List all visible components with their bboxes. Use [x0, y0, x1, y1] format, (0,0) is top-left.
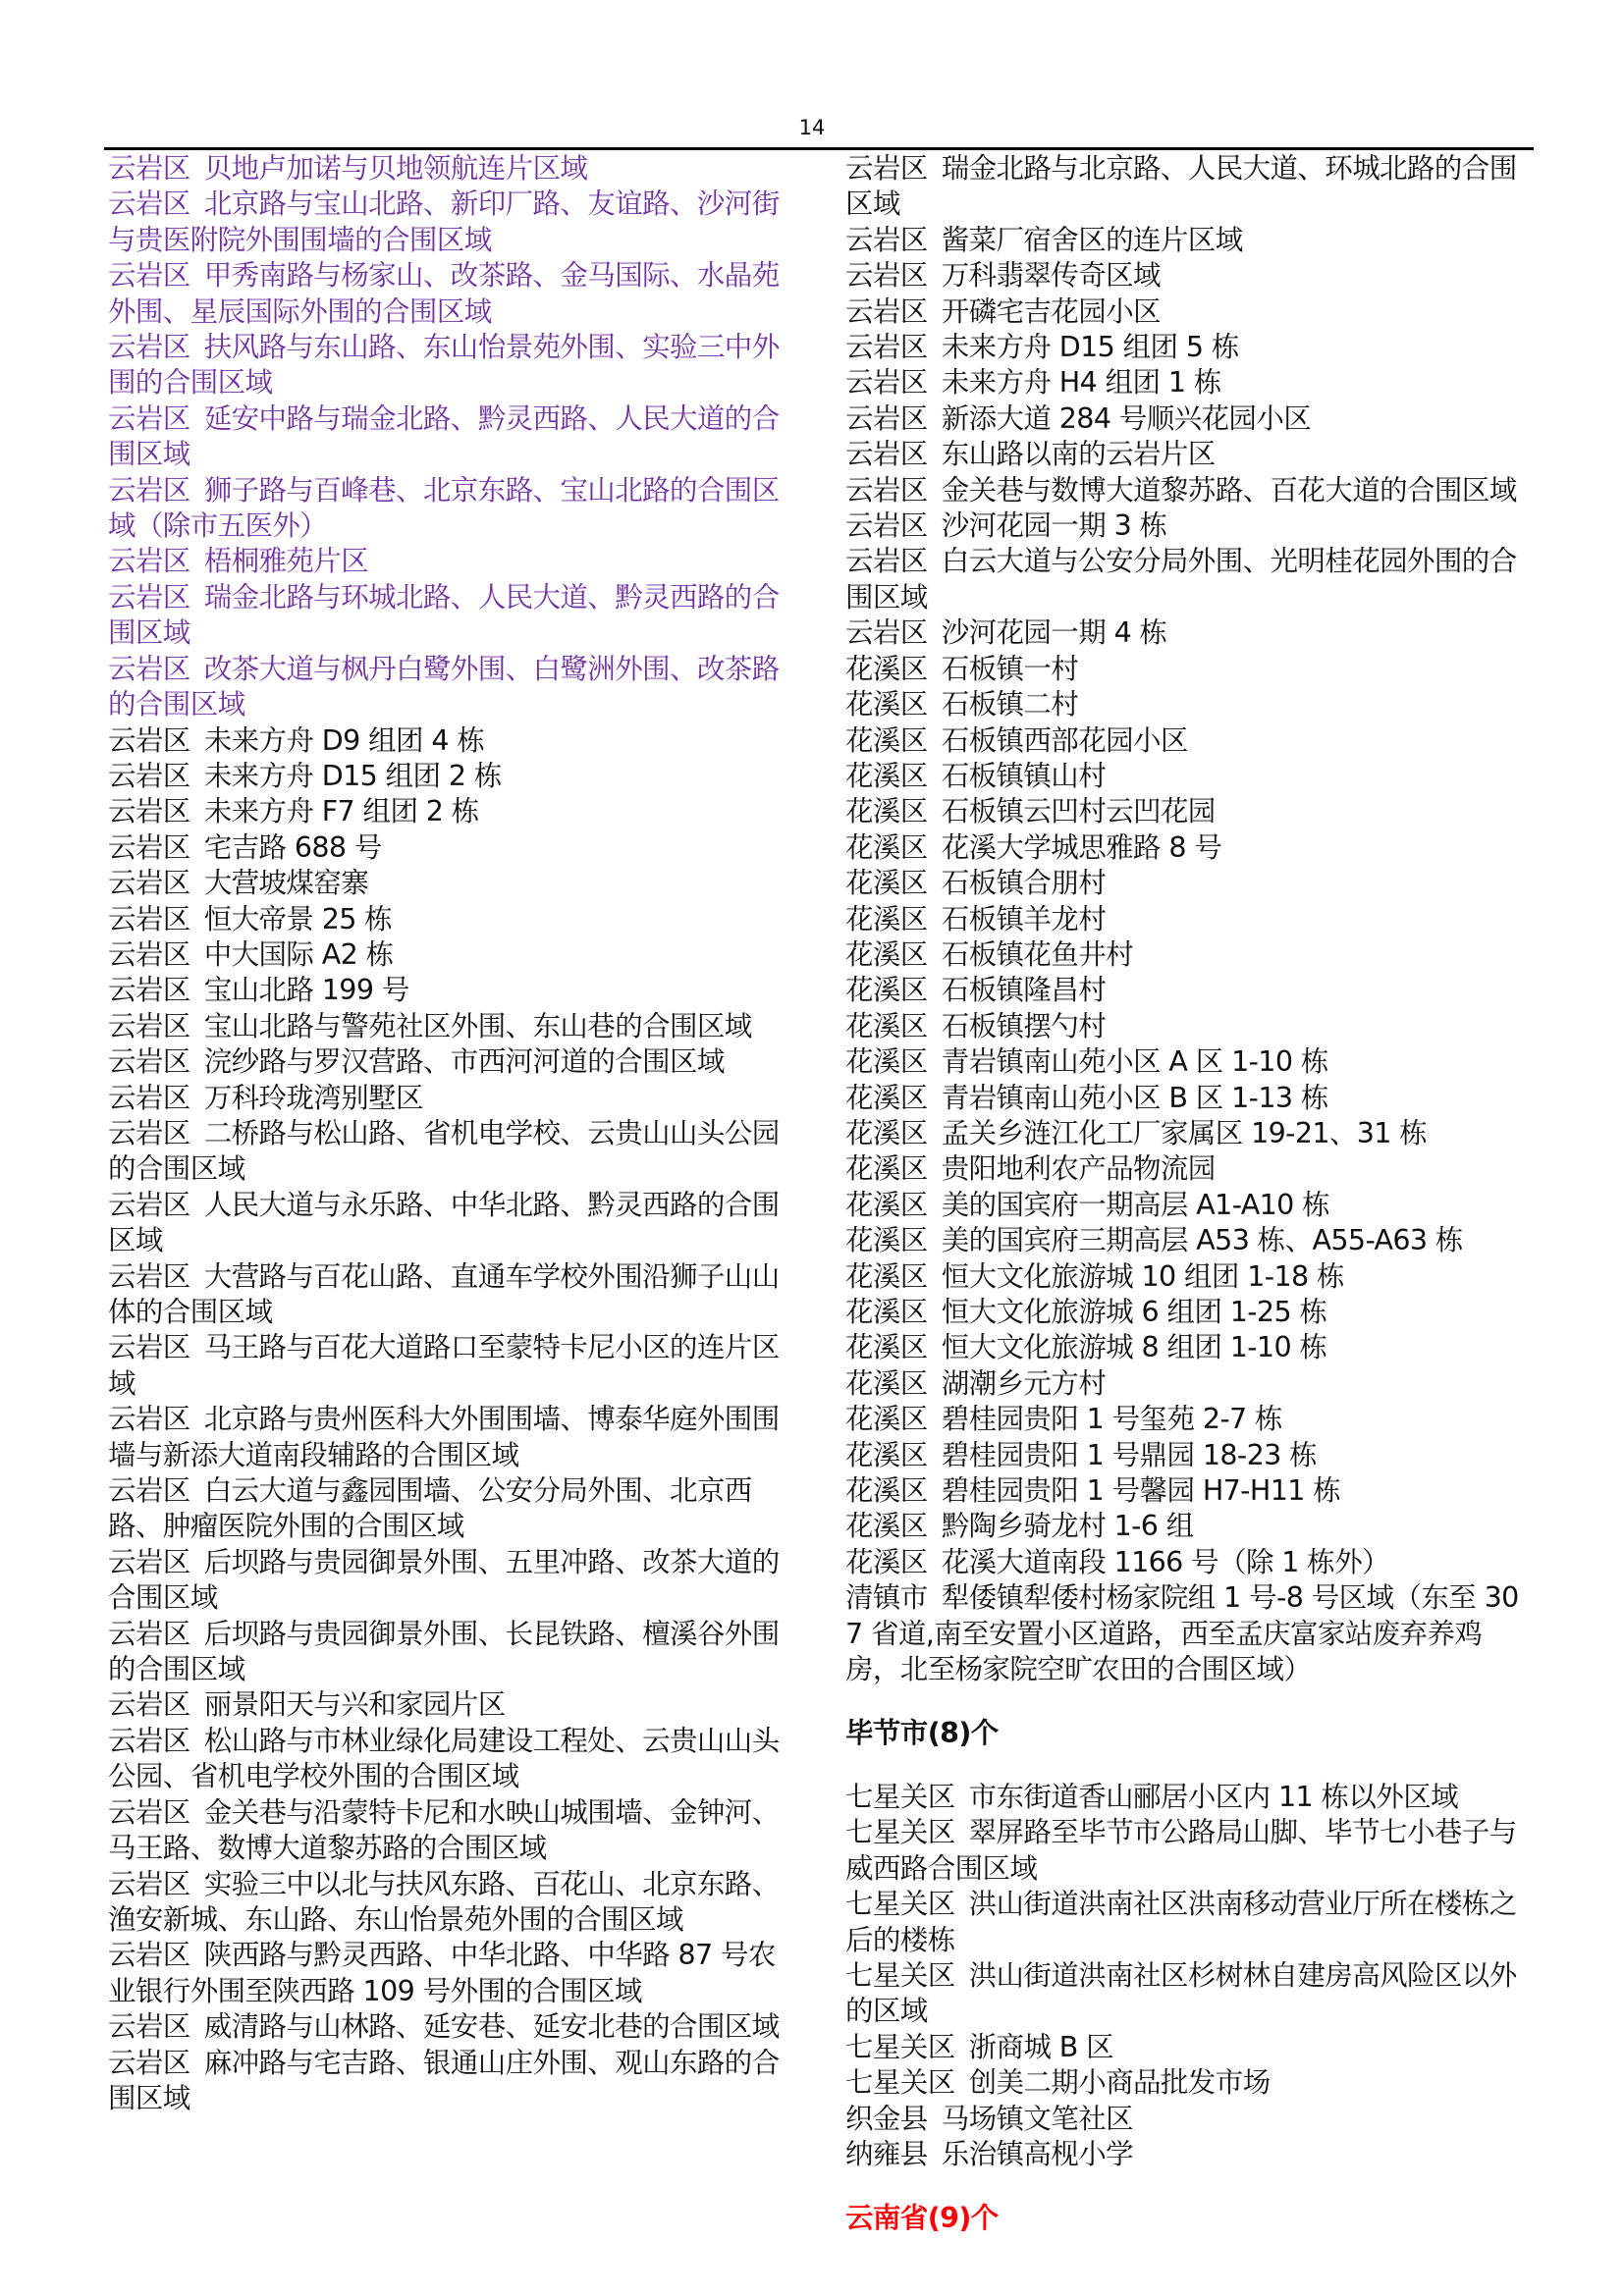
area-description: 石板镇一村 [942, 653, 1079, 685]
district-name: 云岩区 [108, 2010, 190, 2043]
list-item: 花溪区青岩镇南山苑小区 A 区 1-10 栋 [845, 1044, 1533, 1080]
area-description: 酱菜厂宿舍区的连片区域 [942, 224, 1243, 256]
area-description: 万科玲珑湾别墅区 [204, 1082, 423, 1114]
district-name: 花溪区 [845, 1367, 928, 1400]
district-name: 云岩区 [845, 402, 928, 435]
district-name: 云岩区 [108, 760, 190, 792]
district-name: 云岩区 [108, 402, 190, 435]
area-description: 狮子路与百峰巷、北京东路、宝山北路的合围区域（除市五医外） [108, 474, 780, 542]
area-description: 美的国宾府三期高层 A53 栋、A55-A63 栋 [942, 1224, 1463, 1256]
district-name: 云岩区 [108, 474, 190, 507]
area-description: 浣纱路与罗汉营路、市西河河道的合围区域 [204, 1045, 725, 1078]
area-description: 青岩镇南山苑小区 A 区 1-10 栋 [942, 1045, 1328, 1078]
list-item: 花溪区碧桂园贵阳 1 号鼎园 18-23 栋 [845, 1438, 1533, 1473]
district-name: 花溪区 [845, 1510, 928, 1542]
area-description: 美的国宾府一期高层 A1-A10 栋 [942, 1189, 1329, 1221]
area-description: 中大国际 A2 栋 [204, 938, 394, 971]
area-description: 金关巷与沿蒙特卡尼和水映山城围墙、金钟河、马王路、数博大道黎苏路的合围区域 [108, 1796, 780, 1864]
list-item: 云岩区陕西路与黔灵西路、中华北路、中华路 87 号农业银行外围至陕西路 109 … [108, 1938, 795, 2009]
list-item: 云岩区中大国际 A2 栋 [108, 937, 795, 973]
district-name: 云岩区 [845, 259, 928, 292]
section-heading-province: 云南省(9)个 [845, 2201, 1533, 2236]
area-description: 改茶大道与枫丹白鹭外围、白鹭洲外围、改茶路的合围区域 [108, 653, 780, 721]
list-item: 云岩区延安中路与瑞金北路、黔灵西路、人民大道的合围区域 [108, 401, 795, 473]
list-item: 云岩区金关巷与沿蒙特卡尼和水映山城围墙、金钟河、马王路、数博大道黎苏路的合围区域 [108, 1795, 795, 1867]
district-name: 云岩区 [108, 1117, 190, 1149]
district-name: 云岩区 [108, 259, 190, 292]
district-name: 云岩区 [108, 1688, 190, 1721]
district-name: 云岩区 [108, 581, 190, 614]
district-name: 云岩区 [845, 331, 928, 363]
area-description: 碧桂园贵阳 1 号鼎园 18-23 栋 [942, 1439, 1317, 1471]
area-description: 沙河花园一期 4 栋 [942, 616, 1167, 649]
district-name: 云岩区 [108, 795, 190, 828]
area-description: 北京路与宝山北路、新印厂路、友谊路、沙河街与贵医附院外围围墙的合围区域 [108, 187, 780, 255]
list-item: 云岩区后坝路与贵园御景外围、五里冲路、改茶大道的合围区域 [108, 1545, 795, 1617]
list-item: 花溪区碧桂园贵阳 1 号玺苑 2-7 栋 [845, 1402, 1533, 1437]
area-description: 碧桂园贵阳 1 号玺苑 2-7 栋 [942, 1403, 1282, 1435]
area-description: 宝山北路 199 号 [204, 974, 409, 1006]
district-name: 七星关区 [845, 1959, 955, 1992]
district-name: 七星关区 [845, 1781, 955, 1813]
list-item: 云岩区改茶大道与枫丹白鹭外围、白鹭洲外围、改茶路的合围区域 [108, 652, 795, 723]
list-item: 云岩区瑞金北路与北京路、人民大道、环城北路的合围区域 [845, 151, 1533, 223]
district-name: 云岩区 [108, 974, 190, 1006]
list-item: 纳雍县乐治镇高枧小学 [845, 2137, 1533, 2172]
list-item: 云岩区未来方舟 D9 组团 4 栋 [108, 723, 795, 759]
list-item: 七星关区市东街道香山郦居小区内 11 栋以外区域 [845, 1780, 1533, 1815]
list-item: 七星关区创美二期小商品批发市场 [845, 2065, 1533, 2101]
area-description: 花溪大道南段 1166 号（除 1 栋外） [942, 1546, 1389, 1578]
area-description: 未来方舟 H4 组团 1 栋 [942, 366, 1221, 399]
area-description: 石板镇合朋村 [942, 867, 1106, 899]
list-item: 花溪区石板镇合朋村 [845, 866, 1533, 901]
district-name: 花溪区 [845, 1260, 928, 1293]
area-description: 东山路以南的云岩片区 [942, 438, 1216, 470]
area-description: 青岩镇南山苑小区 B 区 1-13 栋 [942, 1082, 1328, 1114]
list-item: 云岩区大营坡煤窑寨 [108, 866, 795, 901]
list-item: 花溪区花溪大学城思雅路 8 号 [845, 830, 1533, 866]
area-description: 扶风路与东山路、东山怡景苑外围、实验三中外围的合围区域 [108, 331, 780, 399]
area-description: 实验三中以北与扶风东路、百花山、北京东路、渔安新城、东山路、东山怡景苑外围的合围… [108, 1868, 780, 1936]
district-name: 花溪区 [845, 1331, 928, 1363]
list-item: 七星关区洪山街道洪南社区杉树林自建房高风险区以外的区域 [845, 1958, 1533, 2030]
district-name: 花溪区 [845, 1082, 928, 1114]
list-item: 云岩区二桥路与松山路、省机电学校、云贵山山头公园的合围区域 [108, 1116, 795, 1188]
list-item: 花溪区青岩镇南山苑小区 B 区 1-13 栋 [845, 1081, 1533, 1116]
area-description: 开磷宅吉花园小区 [942, 295, 1161, 328]
district-name: 七星关区 [845, 1816, 955, 1848]
district-name: 云岩区 [108, 331, 190, 363]
district-name: 花溪区 [845, 795, 928, 828]
district-name: 七星关区 [845, 2031, 955, 2063]
district-name: 七星关区 [845, 2066, 955, 2099]
list-item: 云岩区威清路与山林路、延安巷、延安北巷的合围区域 [108, 2009, 795, 2045]
area-description: 恒大文化旅游城 10 组团 1-18 栋 [942, 1260, 1344, 1293]
district-name: 云岩区 [845, 545, 928, 577]
list-item: 云岩区浣纱路与罗汉营路、市西河河道的合围区域 [108, 1044, 795, 1080]
list-item: 七星关区洪山街道洪南社区洪南移动营业厅所在楼栋之后的楼栋 [845, 1887, 1533, 1958]
list-item: 清镇市犁倭镇犁倭村杨家院组 1 号-8 号区域（东至 307 省道,南至安置小区… [845, 1580, 1533, 1687]
list-item: 云岩区大营路与百花山路、直通车学校外围沿狮子山山体的合围区域 [108, 1259, 795, 1331]
list-item: 云岩区白云大道与鑫园围墙、公安分局外围、北京西路、肿瘤医院外围的合围区域 [108, 1473, 795, 1545]
district-name: 云岩区 [845, 295, 928, 328]
area-description: 乐治镇高枧小学 [942, 2138, 1133, 2170]
district-name: 云岩区 [845, 616, 928, 649]
list-item: 云岩区麻冲路与宅吉路、银通山庄外围、观山东路的合围区域 [108, 2046, 795, 2117]
district-name: 云岩区 [108, 1010, 190, 1042]
list-item: 云岩区沙河花园一期 3 栋 [845, 508, 1533, 544]
list-item: 花溪区石板镇西部花园小区 [845, 723, 1533, 759]
district-name: 织金县 [845, 2103, 928, 2135]
area-description: 石板镇西部花园小区 [942, 724, 1188, 757]
area-description: 石板镇镇山村 [942, 760, 1106, 792]
list-item: 云岩区未来方舟 D15 组团 5 栋 [845, 330, 1533, 365]
district-name: 花溪区 [845, 903, 928, 935]
header-rule [104, 147, 1534, 150]
district-name: 花溪区 [845, 938, 928, 971]
list-item: 云岩区白云大道与公安分局外围、光明桂花园外围的合围区域 [845, 544, 1533, 615]
district-name: 云岩区 [108, 653, 190, 685]
district-name: 云岩区 [108, 938, 190, 971]
list-item: 花溪区石板镇羊龙村 [845, 902, 1533, 937]
area-description: 花溪大学城思雅路 8 号 [942, 831, 1222, 864]
district-name: 花溪区 [845, 974, 928, 1006]
area-description: 甲秀南路与杨家山、改茶路、金马国际、水晶苑外围、星辰国际外围的合围区域 [108, 259, 780, 327]
list-item: 云岩区甲秀南路与杨家山、改茶路、金马国际、水晶苑外围、星辰国际外围的合围区域 [108, 258, 795, 330]
list-item: 花溪区美的国宾府三期高层 A53 栋、A55-A63 栋 [845, 1223, 1533, 1258]
list-item: 七星关区翠屏路至毕节市公路局山脚、毕节七小巷子与威西路合围区域 [845, 1815, 1533, 1887]
district-name: 云岩区 [845, 509, 928, 542]
list-item: 花溪区石板镇镇山村 [845, 759, 1533, 794]
area-description: 马王路与百花大道路口至蒙特卡尼小区的连片区域 [108, 1331, 780, 1399]
list-item: 云岩区梧桐雅苑片区 [108, 544, 795, 579]
list-item: 云岩区贝地卢加诺与贝地领航连片区域 [108, 151, 795, 187]
list-item: 云岩区万科翡翠传奇区域 [845, 258, 1533, 294]
list-item: 云岩区宝山北路与警苑社区外围、东山巷的合围区域 [108, 1009, 795, 1044]
district-name: 云岩区 [845, 224, 928, 256]
district-name: 云岩区 [108, 1618, 190, 1650]
district-name: 花溪区 [845, 831, 928, 864]
district-name: 云岩区 [108, 1474, 190, 1507]
list-item: 花溪区花溪大道南段 1166 号（除 1 栋外） [845, 1545, 1533, 1580]
area-description: 恒大文化旅游城 6 组团 1-25 栋 [942, 1296, 1327, 1328]
list-item: 花溪区恒大文化旅游城 10 组团 1-18 栋 [845, 1259, 1533, 1295]
area-description: 瑞金北路与北京路、人民大道、环城北路的合围区域 [845, 152, 1517, 220]
district-name: 云岩区 [108, 1331, 190, 1363]
area-description: 万科翡翠传奇区域 [942, 259, 1161, 292]
district-name: 花溪区 [845, 653, 928, 685]
district-name: 云岩区 [108, 903, 190, 935]
district-name: 云岩区 [845, 152, 928, 185]
list-item: 云岩区金关巷与数博大道黎苏路、百花大道的合围区域 [845, 473, 1533, 508]
list-item: 云岩区实验三中以北与扶风东路、百花山、北京东路、渔安新城、东山路、东山怡景苑外围… [108, 1867, 795, 1939]
list-item: 云岩区松山路与市林业绿化局建设工程处、云贵山山头公园、省机电学校外围的合围区域 [108, 1724, 795, 1795]
area-description: 石板镇花鱼井村 [942, 938, 1133, 971]
area-description: 石板镇隆昌村 [942, 974, 1106, 1006]
list-item: 花溪区石板镇云凹村云凹花园 [845, 794, 1533, 829]
area-description: 金关巷与数博大道黎苏路、百花大道的合围区域 [942, 474, 1517, 507]
district-name: 云岩区 [108, 1546, 190, 1578]
district-name: 花溪区 [845, 1296, 928, 1328]
area-description: 石板镇云凹村云凹花园 [942, 795, 1216, 828]
district-name: 纳雍县 [845, 2138, 928, 2170]
district-name: 清镇市 [845, 1581, 928, 1614]
district-name: 云岩区 [108, 1260, 190, 1293]
district-name: 云岩区 [845, 474, 928, 507]
area-description: 人民大道与永乐路、中华北路、黔灵西路的合围区域 [108, 1189, 780, 1256]
area-description: 松山路与市林业绿化局建设工程处、云贵山山头公园、省机电学校外围的合围区域 [108, 1725, 780, 1792]
district-name: 花溪区 [845, 1010, 928, 1042]
list-item: 云岩区瑞金北路与环城北路、人民大道、黔灵西路的合围区域 [108, 580, 795, 652]
area-description: 黔陶乡骑龙村 1-6 组 [942, 1510, 1194, 1542]
district-name: 云岩区 [108, 2047, 190, 2079]
left-column: 云岩区贝地卢加诺与贝地领航连片区域云岩区北京路与宝山北路、新印厂路、友谊路、沙河… [108, 151, 795, 2116]
list-item: 云岩区沙河花园一期 4 栋 [845, 615, 1533, 651]
district-name: 花溪区 [845, 867, 928, 899]
list-item: 云岩区人民大道与永乐路、中华北路、黔灵西路的合围区域 [108, 1188, 795, 1259]
area-description: 未来方舟 D15 组团 5 栋 [942, 331, 1239, 363]
area-description: 后坝路与贵园御景外围、长昆铁路、檀溪谷外围的合围区域 [108, 1618, 780, 1685]
list-item: 花溪区石板镇隆昌村 [845, 973, 1533, 1008]
area-description: 陕西路与黔灵西路、中华北路、中华路 87 号农业银行外围至陕西路 109 号外围… [108, 1939, 776, 2006]
list-item: 花溪区孟关乡涟江化工厂家属区 19-21、31 栋 [845, 1116, 1533, 1151]
area-description: 石板镇二村 [942, 688, 1079, 721]
area-description: 创美二期小商品批发市场 [969, 2066, 1271, 2099]
area-description: 碧桂园贵阳 1 号馨园 H7-H11 栋 [942, 1474, 1340, 1507]
area-description: 恒大帝景 25 栋 [204, 903, 392, 935]
right-column: 云岩区瑞金北路与北京路、人民大道、环城北路的合围区域云岩区酱菜厂宿舍区的连片区域… [845, 151, 1533, 2265]
list-item: 云岩区宝山北路 199 号 [108, 973, 795, 1008]
area-description: 瑞金北路与环城北路、人民大道、黔灵西路的合围区域 [108, 581, 780, 649]
list-item: 花溪区石板镇摆勺村 [845, 1009, 1533, 1044]
list-item: 花溪区石板镇一村 [845, 652, 1533, 687]
district-name: 云岩区 [108, 1725, 190, 1757]
district-name: 云岩区 [108, 152, 190, 185]
area-description: 威清路与山林路、延安巷、延安北巷的合围区域 [204, 2010, 780, 2043]
area-description: 北京路与贵州医科大外围围墙、博泰华庭外围围墙与新添大道南段辅路的合围区域 [108, 1403, 780, 1470]
district-name: 云岩区 [108, 1868, 190, 1900]
district-name: 云岩区 [108, 1082, 190, 1114]
district-name: 花溪区 [845, 1546, 928, 1578]
list-item: 花溪区黔陶乡骑龙村 1-6 组 [845, 1509, 1533, 1544]
list-item: 花溪区恒大文化旅游城 8 组团 1-10 栋 [845, 1330, 1533, 1365]
list-item: 云岩区宅吉路 688 号 [108, 830, 795, 866]
area-description: 白云大道与鑫园围墙、公安分局外围、北京西路、肿瘤医院外围的合围区域 [108, 1474, 752, 1542]
area-description: 石板镇摆勺村 [942, 1010, 1106, 1042]
area-description: 沙河花园一期 3 栋 [942, 509, 1167, 542]
list-item: 云岩区万科玲珑湾别墅区 [108, 1081, 795, 1116]
district-name: 花溪区 [845, 1152, 928, 1185]
area-description: 二桥路与松山路、省机电学校、云贵山山头公园的合围区域 [108, 1117, 780, 1185]
district-name: 云岩区 [108, 1189, 190, 1221]
list-item: 云岩区北京路与宝山北路、新印厂路、友谊路、沙河街与贵医附院外围围墙的合围区域 [108, 187, 795, 258]
list-item: 云岩区马王路与百花大道路口至蒙特卡尼小区的连片区域 [108, 1330, 795, 1402]
district-name: 花溪区 [845, 760, 928, 792]
area-description: 延安中路与瑞金北路、黔灵西路、人民大道的合围区域 [108, 402, 780, 470]
district-name: 云岩区 [108, 867, 190, 899]
area-description: 丽景阳天与兴和家园片区 [204, 1688, 506, 1721]
district-name: 花溪区 [845, 1474, 928, 1507]
list-item: 花溪区恒大文化旅游城 6 组团 1-25 栋 [845, 1295, 1533, 1330]
list-item: 花溪区湖潮乡元方村 [845, 1366, 1533, 1402]
list-item: 云岩区酱菜厂宿舍区的连片区域 [845, 223, 1533, 258]
district-name: 花溪区 [845, 1117, 928, 1149]
area-description: 未来方舟 D9 组团 4 栋 [204, 724, 485, 757]
area-description: 梧桐雅苑片区 [204, 545, 368, 577]
area-description: 贵阳地利农产品物流园 [942, 1152, 1216, 1185]
list-item: 花溪区石板镇花鱼井村 [845, 937, 1533, 973]
district-name: 云岩区 [845, 366, 928, 399]
district-name: 云岩区 [108, 187, 190, 220]
district-name: 云岩区 [108, 724, 190, 757]
district-name: 花溪区 [845, 688, 928, 721]
area-description: 未来方舟 F7 组团 2 栋 [204, 795, 479, 828]
area-description: 市东街道香山郦居小区内 11 栋以外区域 [969, 1781, 1458, 1813]
list-item: 云岩区未来方舟 F7 组团 2 栋 [108, 794, 795, 829]
list-item: 云岩区未来方舟 D15 组团 2 栋 [108, 759, 795, 794]
area-description: 未来方舟 D15 组团 2 栋 [204, 760, 502, 792]
district-name: 云岩区 [845, 438, 928, 470]
list-item: 云岩区新添大道 284 号顺兴花园小区 [845, 401, 1533, 437]
section-heading-city: 毕节市(8)个 [845, 1716, 1533, 1751]
page-number: 14 [0, 116, 1624, 139]
district-name: 花溪区 [845, 1224, 928, 1256]
area-description: 湖潮乡元方村 [942, 1367, 1106, 1400]
district-name: 云岩区 [108, 1939, 190, 1971]
list-item: 花溪区美的国宾府一期高层 A1-A10 栋 [845, 1188, 1533, 1223]
list-item: 花溪区碧桂园贵阳 1 号馨园 H7-H11 栋 [845, 1473, 1533, 1509]
district-name: 云岩区 [108, 1403, 190, 1435]
area-description: 贝地卢加诺与贝地领航连片区域 [204, 152, 588, 185]
area-description: 麻冲路与宅吉路、银通山庄外围、观山东路的合围区域 [108, 2047, 780, 2114]
list-item: 云岩区狮子路与百峰巷、北京东路、宝山北路的合围区域（除市五医外） [108, 473, 795, 545]
list-item: 云岩区扶风路与东山路、东山怡景苑外围、实验三中外围的合围区域 [108, 330, 795, 401]
district-name: 花溪区 [845, 1403, 928, 1435]
list-item: 云岩区恒大帝景 25 栋 [108, 902, 795, 937]
district-name: 花溪区 [845, 1189, 928, 1221]
list-item: 云岩区北京路与贵州医科大外围围墙、博泰华庭外围围墙与新添大道南段辅路的合围区域 [108, 1402, 795, 1473]
area-description: 新添大道 284 号顺兴花园小区 [942, 402, 1311, 435]
list-item: 花溪区贵阳地利农产品物流园 [845, 1151, 1533, 1187]
district-name: 云岩区 [108, 1796, 190, 1829]
district-name: 云岩区 [108, 831, 190, 864]
list-item: 云岩区后坝路与贵园御景外围、长昆铁路、檀溪谷外围的合围区域 [108, 1617, 795, 1688]
list-item: 云岩区未来方舟 H4 组团 1 栋 [845, 365, 1533, 400]
list-item: 织金县马场镇文笔社区 [845, 2102, 1533, 2137]
area-description: 白云大道与公安分局外围、光明桂花园外围的合围区域 [845, 545, 1517, 613]
district-name: 花溪区 [845, 1439, 928, 1471]
area-description: 宝山北路与警苑社区外围、东山巷的合围区域 [204, 1010, 752, 1042]
list-item: 云岩区丽景阳天与兴和家园片区 [108, 1687, 795, 1723]
list-item: 云岩区开磷宅吉花园小区 [845, 294, 1533, 330]
district-name: 七星关区 [845, 1888, 955, 1920]
area-description: 孟关乡涟江化工厂家属区 19-21、31 栋 [942, 1117, 1428, 1149]
area-description: 石板镇羊龙村 [942, 903, 1106, 935]
list-item: 花溪区石板镇二村 [845, 687, 1533, 722]
district-name: 云岩区 [108, 545, 190, 577]
list-item: 云岩区东山路以南的云岩片区 [845, 437, 1533, 472]
area-description: 大营坡煤窑寨 [204, 867, 368, 899]
district-name: 云岩区 [108, 1045, 190, 1078]
district-name: 花溪区 [845, 724, 928, 757]
area-description: 浙商城 B 区 [969, 2031, 1113, 2063]
area-description: 大营路与百花山路、直通车学校外围沿狮子山山体的合围区域 [108, 1260, 780, 1328]
list-item: 七星关区浙商城 B 区 [845, 2030, 1533, 2065]
area-description: 马场镇文笔社区 [942, 2103, 1133, 2135]
area-description: 犁倭镇犁倭村杨家院组 1 号-8 号区域（东至 307 省道,南至安置小区道路，… [845, 1581, 1519, 1685]
area-description: 宅吉路 688 号 [204, 831, 382, 864]
area-description: 后坝路与贵园御景外围、五里冲路、改茶大道的合围区域 [108, 1546, 780, 1614]
district-name: 花溪区 [845, 1045, 928, 1078]
area-description: 恒大文化旅游城 8 组团 1-10 栋 [942, 1331, 1327, 1363]
